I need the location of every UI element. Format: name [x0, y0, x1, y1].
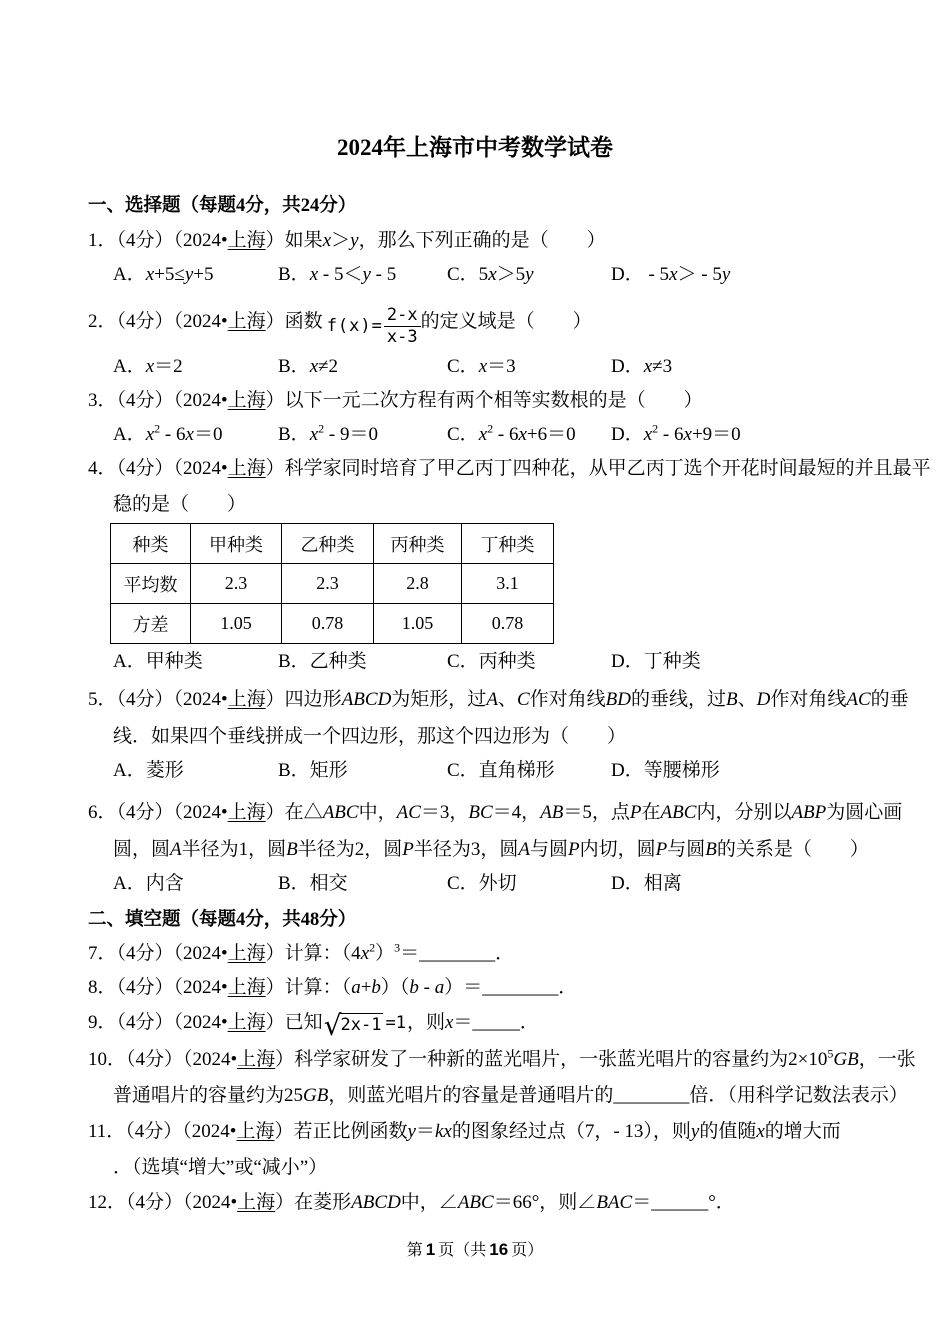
footer-page-number: 1 — [426, 1240, 435, 1259]
question-11-text-line1: 11．（4分）（2024•上海）若正比例函数y＝kx的图象经过点（7，- 13）… — [88, 1115, 880, 1149]
question-6-options: A．内含 B．相交 C．外切 D．相离 — [113, 867, 880, 901]
question-5-option-c: C．直角梯形 — [447, 754, 611, 788]
question-5-options: A．菱形 B．矩形 C．直角梯形 D．等腰梯形 — [113, 754, 880, 788]
question-2-option-d: D．x≠3 — [611, 350, 880, 384]
function-notation: f(x)= — [327, 309, 383, 343]
question-2-option-a: A．x＝2 — [113, 350, 278, 384]
table-cell: 2.3 — [191, 564, 282, 604]
question-9-text-pre: 9．（4分）（2024•上海）已知 — [88, 1006, 323, 1040]
page-footer: 第1页（共16页） — [0, 1238, 950, 1263]
question-5-option-b: B．矩形 — [278, 754, 447, 788]
question-2-text: 2．（4分）（2024•上海）函数 f(x)= 2-x x-3 的定义域是（ ） — [88, 294, 880, 350]
fraction-numerator: 2-x — [384, 306, 421, 327]
question-6-option-d: D．相离 — [611, 867, 880, 901]
table-cell: 0.78 — [282, 604, 374, 644]
question-6-text-line2: 圆，圆A半径为1，圆B半径为2，圆P半径为3，圆A与圆P内切，圆P与圆B的关系是… — [113, 833, 880, 867]
question-6-option-a: A．内含 — [113, 867, 278, 901]
question-5-text-line2: 线．如果四个垂线拼成一个四边形，那这个四边形为（ ） — [113, 720, 880, 754]
question-12-text: 12．（4分）（2024•上海）在菱形ABCD中，∠ABC＝66°，则∠BAC＝… — [88, 1186, 880, 1220]
footer-total-pages: 16 — [489, 1240, 508, 1259]
question-6-option-c: C．外切 — [447, 867, 611, 901]
table-row-mean: 平均数 2.3 2.3 2.8 3.1 — [111, 564, 554, 604]
table-cell: 2.3 — [282, 564, 374, 604]
question-9-text: 9．（4分）（2024•上海）已知 √ 2x-1 =1 ，则x＝_____． — [88, 1005, 880, 1041]
question-5-option-a: A．菱形 — [113, 754, 278, 788]
question-2-text-pre: 2．（4分）（2024•上海）函数 — [88, 305, 323, 339]
exam-page: { "colors": { "text": "#000000", "backgr… — [0, 0, 950, 1344]
sqrt-expression: √ 2x-1 — [324, 1013, 384, 1038]
question-10-text-line2: 普通唱片的容量约为25GB，则蓝光唱片的容量是普通唱片的________倍．（用… — [113, 1079, 880, 1113]
table-cell: 1.05 — [374, 604, 462, 644]
question-4-option-b: B．乙种类 — [278, 645, 447, 679]
table-cell: 丁种类 — [462, 524, 554, 564]
question-5-text-line1: 5．（4分）（2024•上海）四边形ABCD为矩形，过A、C作对角线BD的垂线，… — [88, 683, 880, 717]
question-2-option-c: C．x＝3 — [447, 350, 611, 384]
question-3-options: A．x2 - 6x＝0 B．x2 - 9＝0 C．x2 - 6x+6＝0 D．x… — [113, 418, 880, 452]
question-1-option-b: B．x - 5＜y - 5 — [278, 258, 447, 292]
fraction-denominator: x-3 — [384, 327, 421, 347]
footer-label: 页） — [511, 1242, 543, 1259]
question-3-text: 3．（4分）（2024•上海）以下一元二次方程有两个相等实数根的是（ ） — [88, 384, 880, 418]
page-title: 2024年上海市中考数学试卷 — [0, 133, 950, 163]
table-row-variance: 方差 1.05 0.78 1.05 0.78 — [111, 604, 554, 644]
question-11-text-line2: ．（选填“增大”或“减小”） — [113, 1151, 880, 1185]
table-cell: 种类 — [111, 524, 191, 564]
question-5-option-d: D．等腰梯形 — [611, 754, 880, 788]
table-cell: 3.1 — [462, 564, 554, 604]
footer-label: 第 — [407, 1242, 423, 1259]
table-cell: 方差 — [111, 604, 191, 644]
sqrt-equals: =1 — [385, 1006, 405, 1040]
question-4-options: A．甲种类 B．乙种类 C．丙种类 D．丁种类 — [113, 645, 880, 679]
question-3-option-b: B．x2 - 9＝0 — [278, 418, 447, 452]
table-cell: 1.05 — [191, 604, 282, 644]
section-heading-choice: 一、选择题（每题4分，共24分） — [88, 193, 875, 219]
question-2-text-post: 的定义域是（ ） — [421, 305, 592, 339]
footer-label: 页（共 — [438, 1242, 486, 1259]
table-cell: 2.8 — [374, 564, 462, 604]
table-cell: 丙种类 — [374, 524, 462, 564]
fraction-expression: 2-x x-3 — [384, 306, 421, 347]
question-1-text: 1．（4分）（2024•上海）如果x＞y，那么下列正确的是（ ） — [88, 224, 880, 258]
table-cell: 乙种类 — [282, 524, 374, 564]
question-1-option-d: D． - 5x＞ - 5y — [611, 258, 880, 292]
question-4-text-line2: 稳的是（ ） — [113, 488, 880, 522]
question-8-text: 8．（4分）（2024•上海）计算：（a+b）（b - a）＝________． — [88, 971, 880, 1005]
flower-statistics-table: 种类 甲种类 乙种类 丙种类 丁种类 平均数 2.3 2.3 2.8 3.1 方… — [110, 523, 554, 644]
question-4-option-d: D．丁种类 — [611, 645, 880, 679]
question-6-option-b: B．相交 — [278, 867, 447, 901]
question-7-text: 7．（4分）（2024•上海）计算：（4x2）3＝________． — [88, 937, 880, 971]
question-2-option-b: B．x≠2 — [278, 350, 447, 384]
question-1-option-a: A．x+5≤y+5 — [113, 258, 278, 292]
question-3-option-a: A．x2 - 6x＝0 — [113, 418, 278, 452]
question-1-options: A．x+5≤y+5 B．x - 5＜y - 5 C．5x＞5y D． - 5x＞… — [113, 258, 880, 292]
question-4-option-a: A．甲种类 — [113, 645, 278, 679]
question-4-text-line1: 4．（4分）（2024•上海）科学家同时培育了甲乙丙丁四种花，从甲乙丙丁选个开花… — [88, 452, 880, 486]
table-header-row: 种类 甲种类 乙种类 丙种类 丁种类 — [111, 524, 554, 564]
table-cell: 甲种类 — [191, 524, 282, 564]
table-cell: 平均数 — [111, 564, 191, 604]
question-6-text-line1: 6．（4分）（2024•上海）在△ABC中，AC＝3，BC＝4，AB＝5，点P在… — [88, 796, 880, 830]
question-2-options: A．x＝2 B．x≠2 C．x＝3 D．x≠3 — [113, 350, 880, 384]
radicand: 2x-1 — [340, 1013, 384, 1035]
question-1-option-c: C．5x＞5y — [447, 258, 611, 292]
question-10-text-line1: 10．（4分）（2024•上海）科学家研发了一种新的蓝光唱片，一张蓝光唱片的容量… — [88, 1043, 880, 1077]
section-heading-fill-blank: 二、填空题（每题4分，共48分） — [88, 907, 875, 933]
question-4-option-c: C．丙种类 — [447, 645, 611, 679]
question-9-text-post: ，则x＝_____． — [407, 1006, 539, 1040]
table-cell: 0.78 — [462, 604, 554, 644]
question-3-option-d: D．x2 - 6x+9＝0 — [611, 418, 880, 452]
question-3-option-c: C．x2 - 6x+6＝0 — [447, 418, 611, 452]
